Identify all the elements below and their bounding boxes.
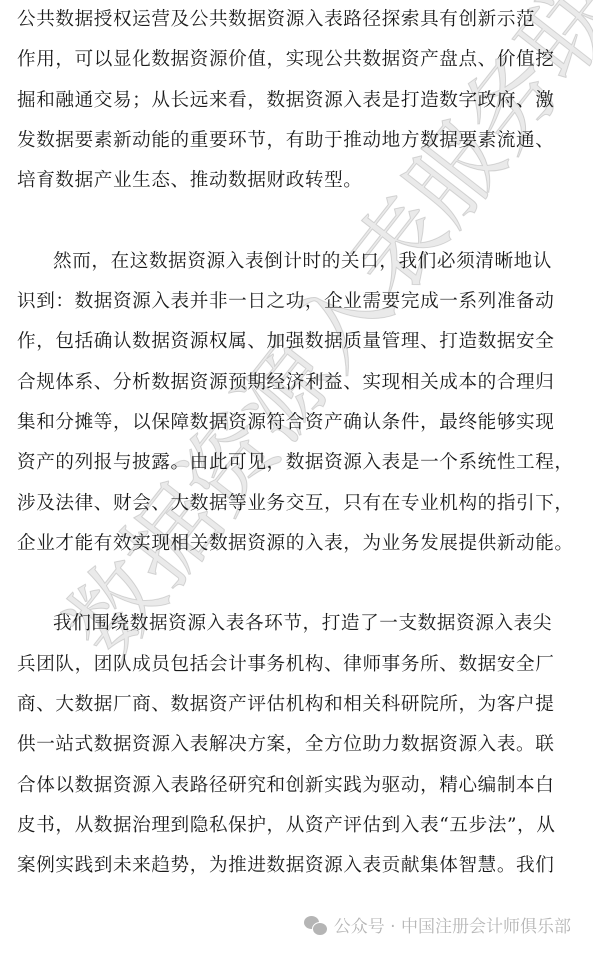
paragraph-gap: [17, 201, 577, 241]
paragraph-2: 然而，在这数据资源入表倒计时的关口，我们必须清晰地认 识到：数据资源入表并非一日…: [17, 242, 577, 564]
text-line: 集和分摊等，以保障数据资源符合资产确认条件，最终能够实现: [17, 403, 577, 443]
text-line: 然而，在这数据资源入表倒计时的关口，我们必须清晰地认: [17, 242, 577, 282]
text-line: 公共数据授权运营及公共数据资源入表路径探索具有创新示范: [17, 0, 577, 40]
text-line: 商、大数据厂商、数据资产评估机构和相关科研院所，为客户提: [17, 685, 577, 725]
text-line: 作，包括确认数据资源权属、加强数据质量管理、打造数据安全: [17, 322, 577, 362]
wechat-icon: [304, 915, 328, 935]
text-line: 供一站式数据资源入表解决方案，全方位助力数据资源入表。联: [17, 725, 577, 765]
account-name: 公众号 · 中国注册会计师俱乐部: [334, 912, 571, 937]
source-attribution[interactable]: 公众号 · 中国注册会计师俱乐部: [304, 912, 571, 937]
text-line: 培育数据产业生态、推动数据财政转型。: [17, 161, 577, 201]
text-line: 掘和融通交易；从长远来看，数据资源入表是打造数字政府、激: [17, 81, 577, 121]
text-line: 皮书，从数据治理到隐私保护，从资产评估到入表“五步法”，从: [17, 806, 577, 846]
paragraph-3: 我们围绕数据资源入表各环节，打造了一支数据资源入表尖 兵团队，团队成员包括会计事…: [17, 604, 577, 886]
text-line: 我们围绕数据资源入表各环节，打造了一支数据资源入表尖: [17, 604, 577, 644]
text-line: 涉及法律、财会、大数据等业务交互，只有在专业机构的指引下，: [17, 484, 577, 524]
text-line: 发数据要素新动能的重要环节，有助于推动地方数据要素流通、: [17, 121, 577, 161]
paragraph-gap: [17, 564, 577, 604]
text-line: 兵团队，团队成员包括会计事务机构、律师事务所、数据安全厂: [17, 645, 577, 685]
document-body: 公共数据授权运营及公共数据资源入表路径探索具有创新示范 作用，可以显化数据资源价…: [17, 0, 577, 887]
text-line: 案例实践到未来趋势，为推进数据资源入表贡献集体智慧。我们: [17, 846, 577, 886]
text-line: 作用，可以显化数据资源价值，实现公共数据资产盘点、价值挖: [17, 40, 577, 80]
text-line: 合规体系、分析数据资源预期经济利益、实现相关成本的合理归: [17, 363, 577, 403]
paragraph-1: 公共数据授权运营及公共数据资源入表路径探索具有创新示范 作用，可以显化数据资源价…: [17, 0, 577, 201]
text-line: 合体以数据资源入表路径研究和创新实践为驱动，精心编制本白: [17, 766, 577, 806]
text-line: 识到：数据资源入表并非一日之功，企业需要完成一系列准备动: [17, 282, 577, 322]
text-line: 企业才能有效实现相关数据资源的入表，为业务发展提供新动能。: [17, 524, 577, 564]
text-line: 资产的列报与披露。由此可见，数据资源入表是一个系统性工程，: [17, 443, 577, 483]
